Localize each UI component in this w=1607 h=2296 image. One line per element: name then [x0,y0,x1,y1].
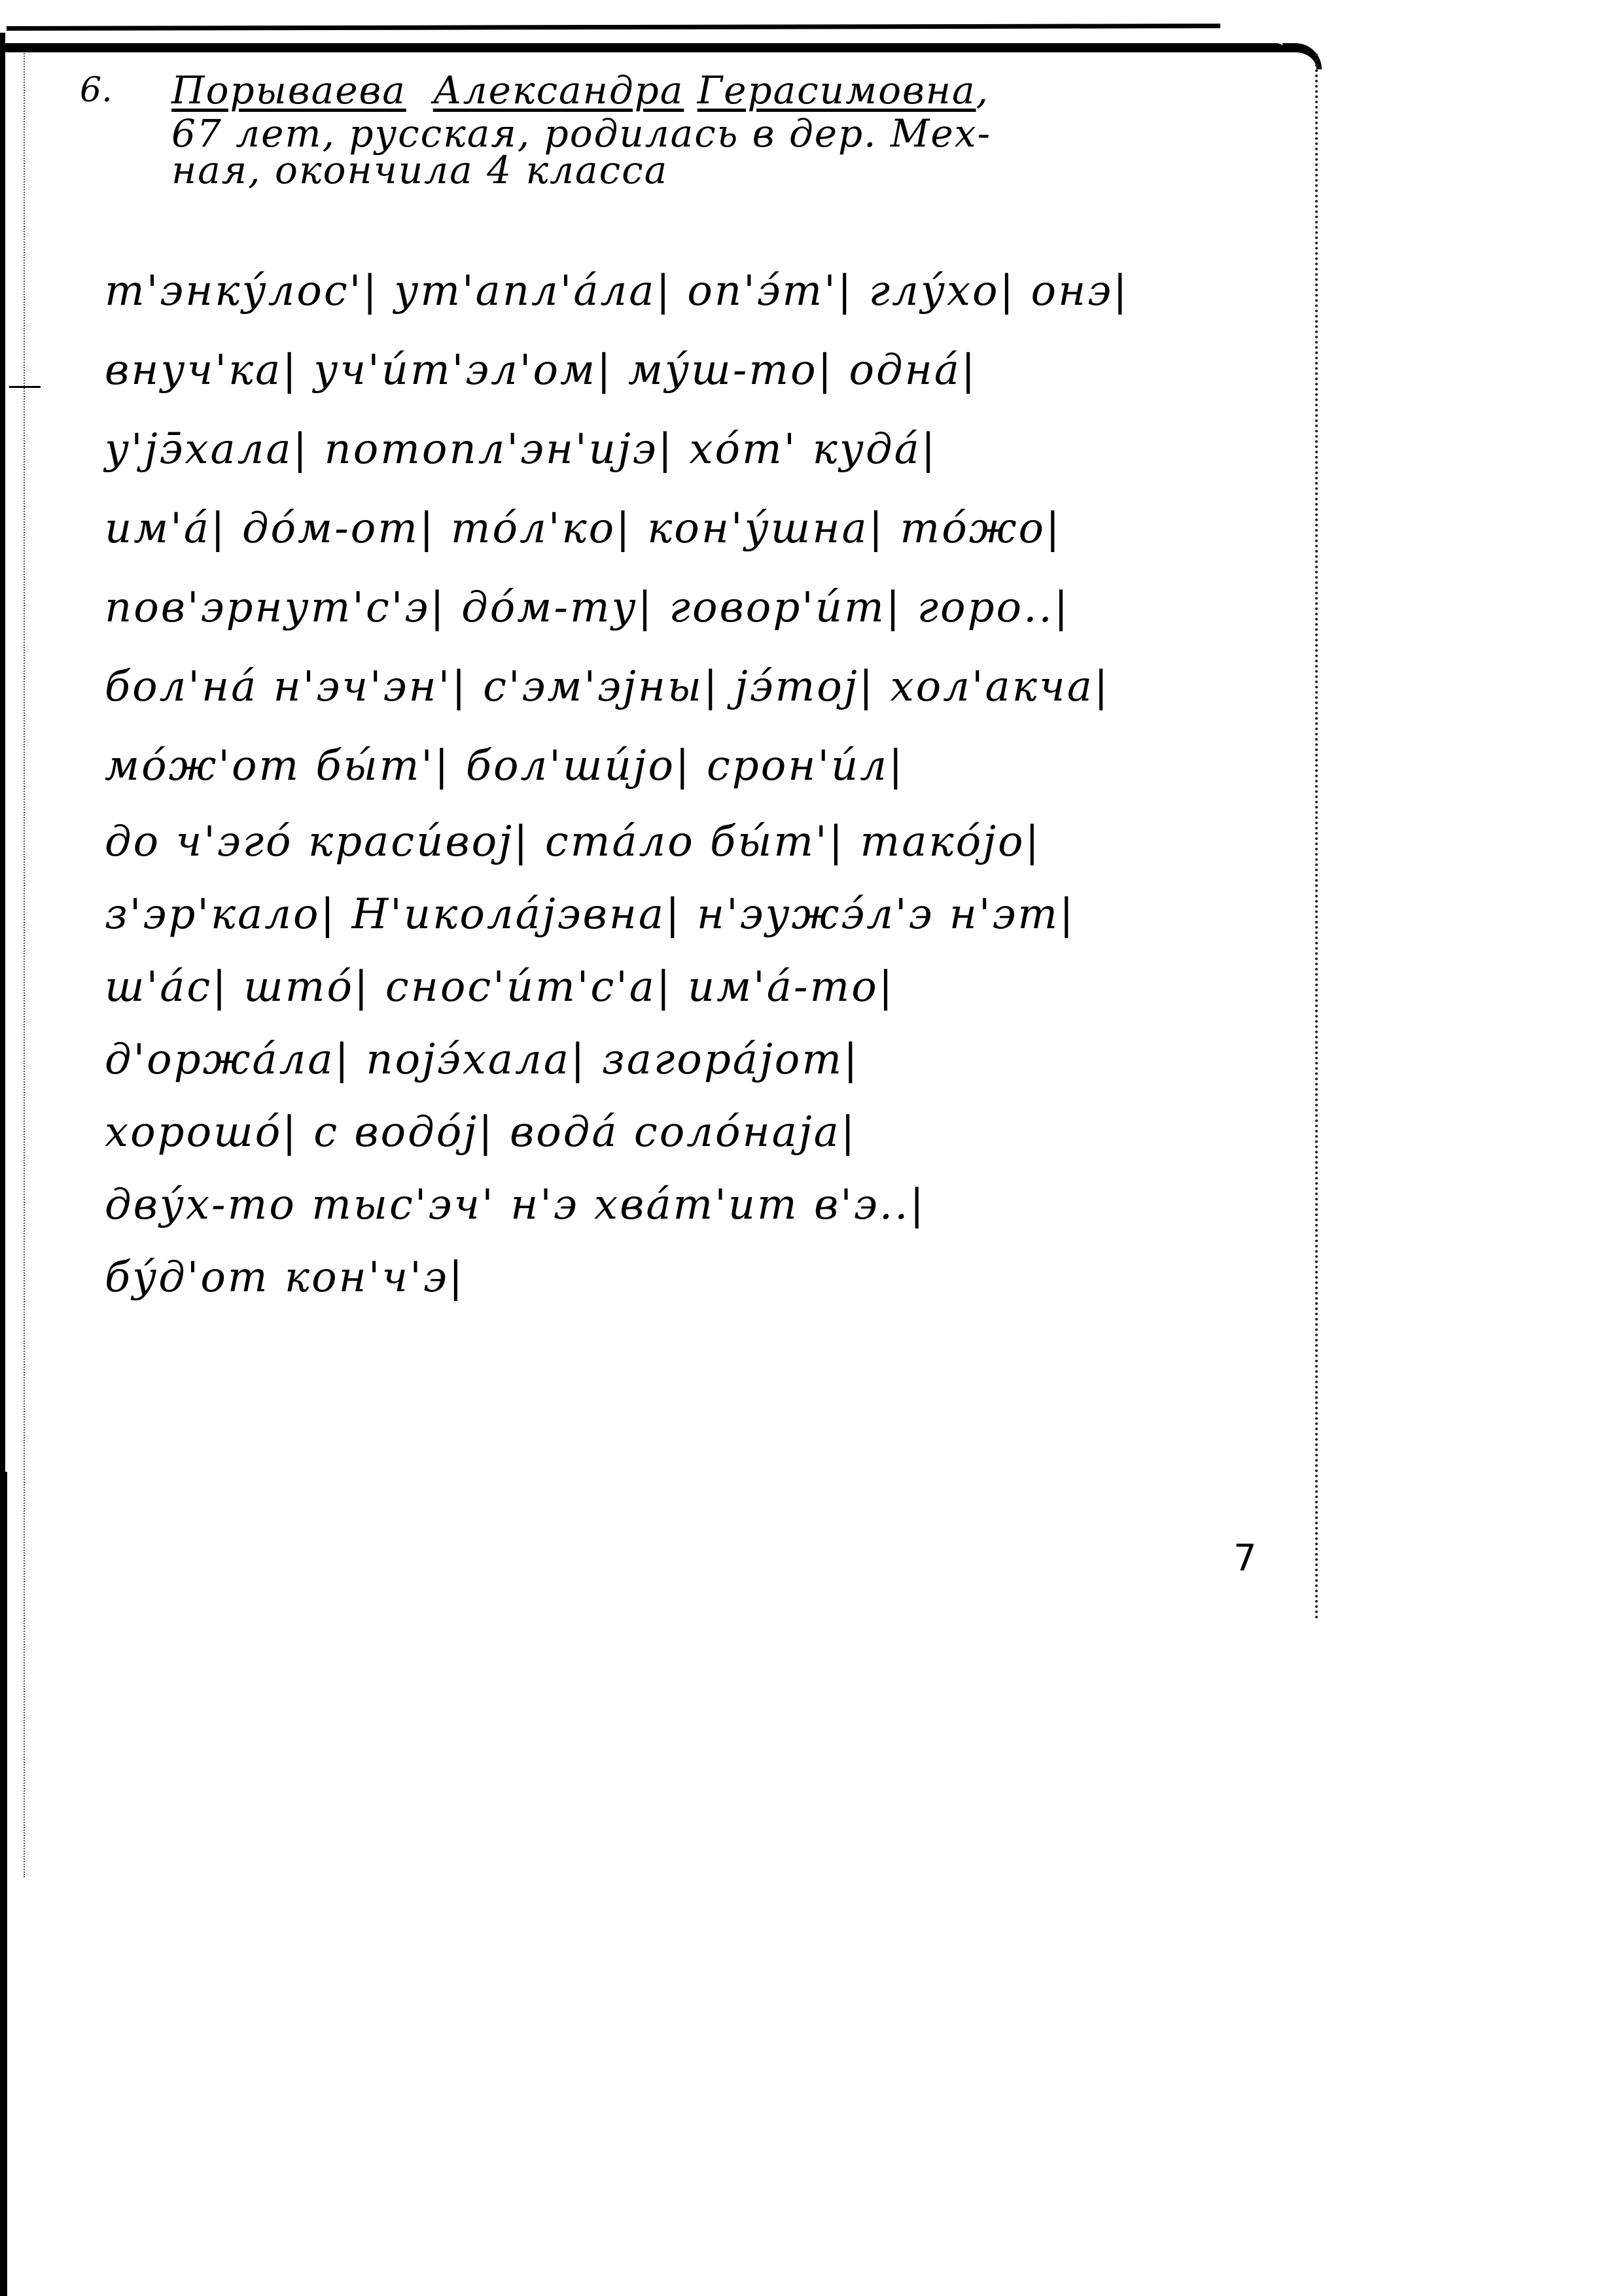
margin-tick-mark [9,386,41,388]
page-left-edge [0,33,5,1616]
transcript-line: дву́х-то тыс'эч' н'э хва́т'ит в'э..| [105,1169,1322,1242]
transcript-line: до ч'эго́ краси́вој| ста́ло бы́т'| тако́… [105,806,1322,878]
page-number: 7 [1233,1537,1257,1580]
transcript-line: д'оржа́ла| појэ́хала| загора́јот| [105,1024,1322,1096]
transcript-body: т'энку́лос'| ут'апл'а́ла| оп'э́т'| глу́х… [105,252,1322,1314]
name-comma: , [976,68,989,113]
speaker-surname: Порываева [171,68,406,113]
page-left-edge-lower [0,1472,7,2296]
transcript-line: им'а́| до́м-от| то́л'ко| кон'у́шна| то́ж… [105,489,1322,568]
top-rule-thin [7,24,1220,31]
page-margin-dots [24,46,25,1877]
transcript-line: бол'на́ н'эч'эн'| с'эм'эјны| јэ́тој| хол… [105,648,1322,727]
transcript-line: з'эр'кало| Н'икола́јэвна| н'эужэ́л'э н'э… [105,878,1322,951]
entry-number: 6. [80,71,113,110]
transcript-line: внуч'ка| уч'и́т'эл'ом| му́ш-то| одна́| [105,331,1322,410]
top-rule-thick [0,43,1286,52]
transcript-line: мо́ж'от бы́т'| бол'ши́јо| срон'и́л| [105,727,1322,806]
transcript-line: т'энку́лос'| ут'апл'а́ла| оп'э́т'| глу́х… [105,252,1322,331]
transcript-line: пов'эрнут'с'э| до́м-ту| говор'и́т| горо.… [105,568,1322,648]
transcript-line: бу́д'от кон'ч'э| [105,1242,1322,1314]
speaker-first-name: Александра [433,68,684,113]
speaker-info-line-2: ная, окончила 4 класса [171,148,668,192]
transcript-line: хорошо́| с водо́ј| вода́ соло́наја| [105,1096,1322,1169]
speaker-patronymic: Герасимовна [698,68,976,113]
transcript-line: у'јэ̄хала| потопл'эн'ијэ| хо́т' куда́| [105,410,1322,489]
transcript-line: ш'а́с| што́| снос'и́т'с'а| им'а́-то| [105,951,1322,1024]
speaker-name: Порываева Александра Герасимовна, [171,68,989,113]
